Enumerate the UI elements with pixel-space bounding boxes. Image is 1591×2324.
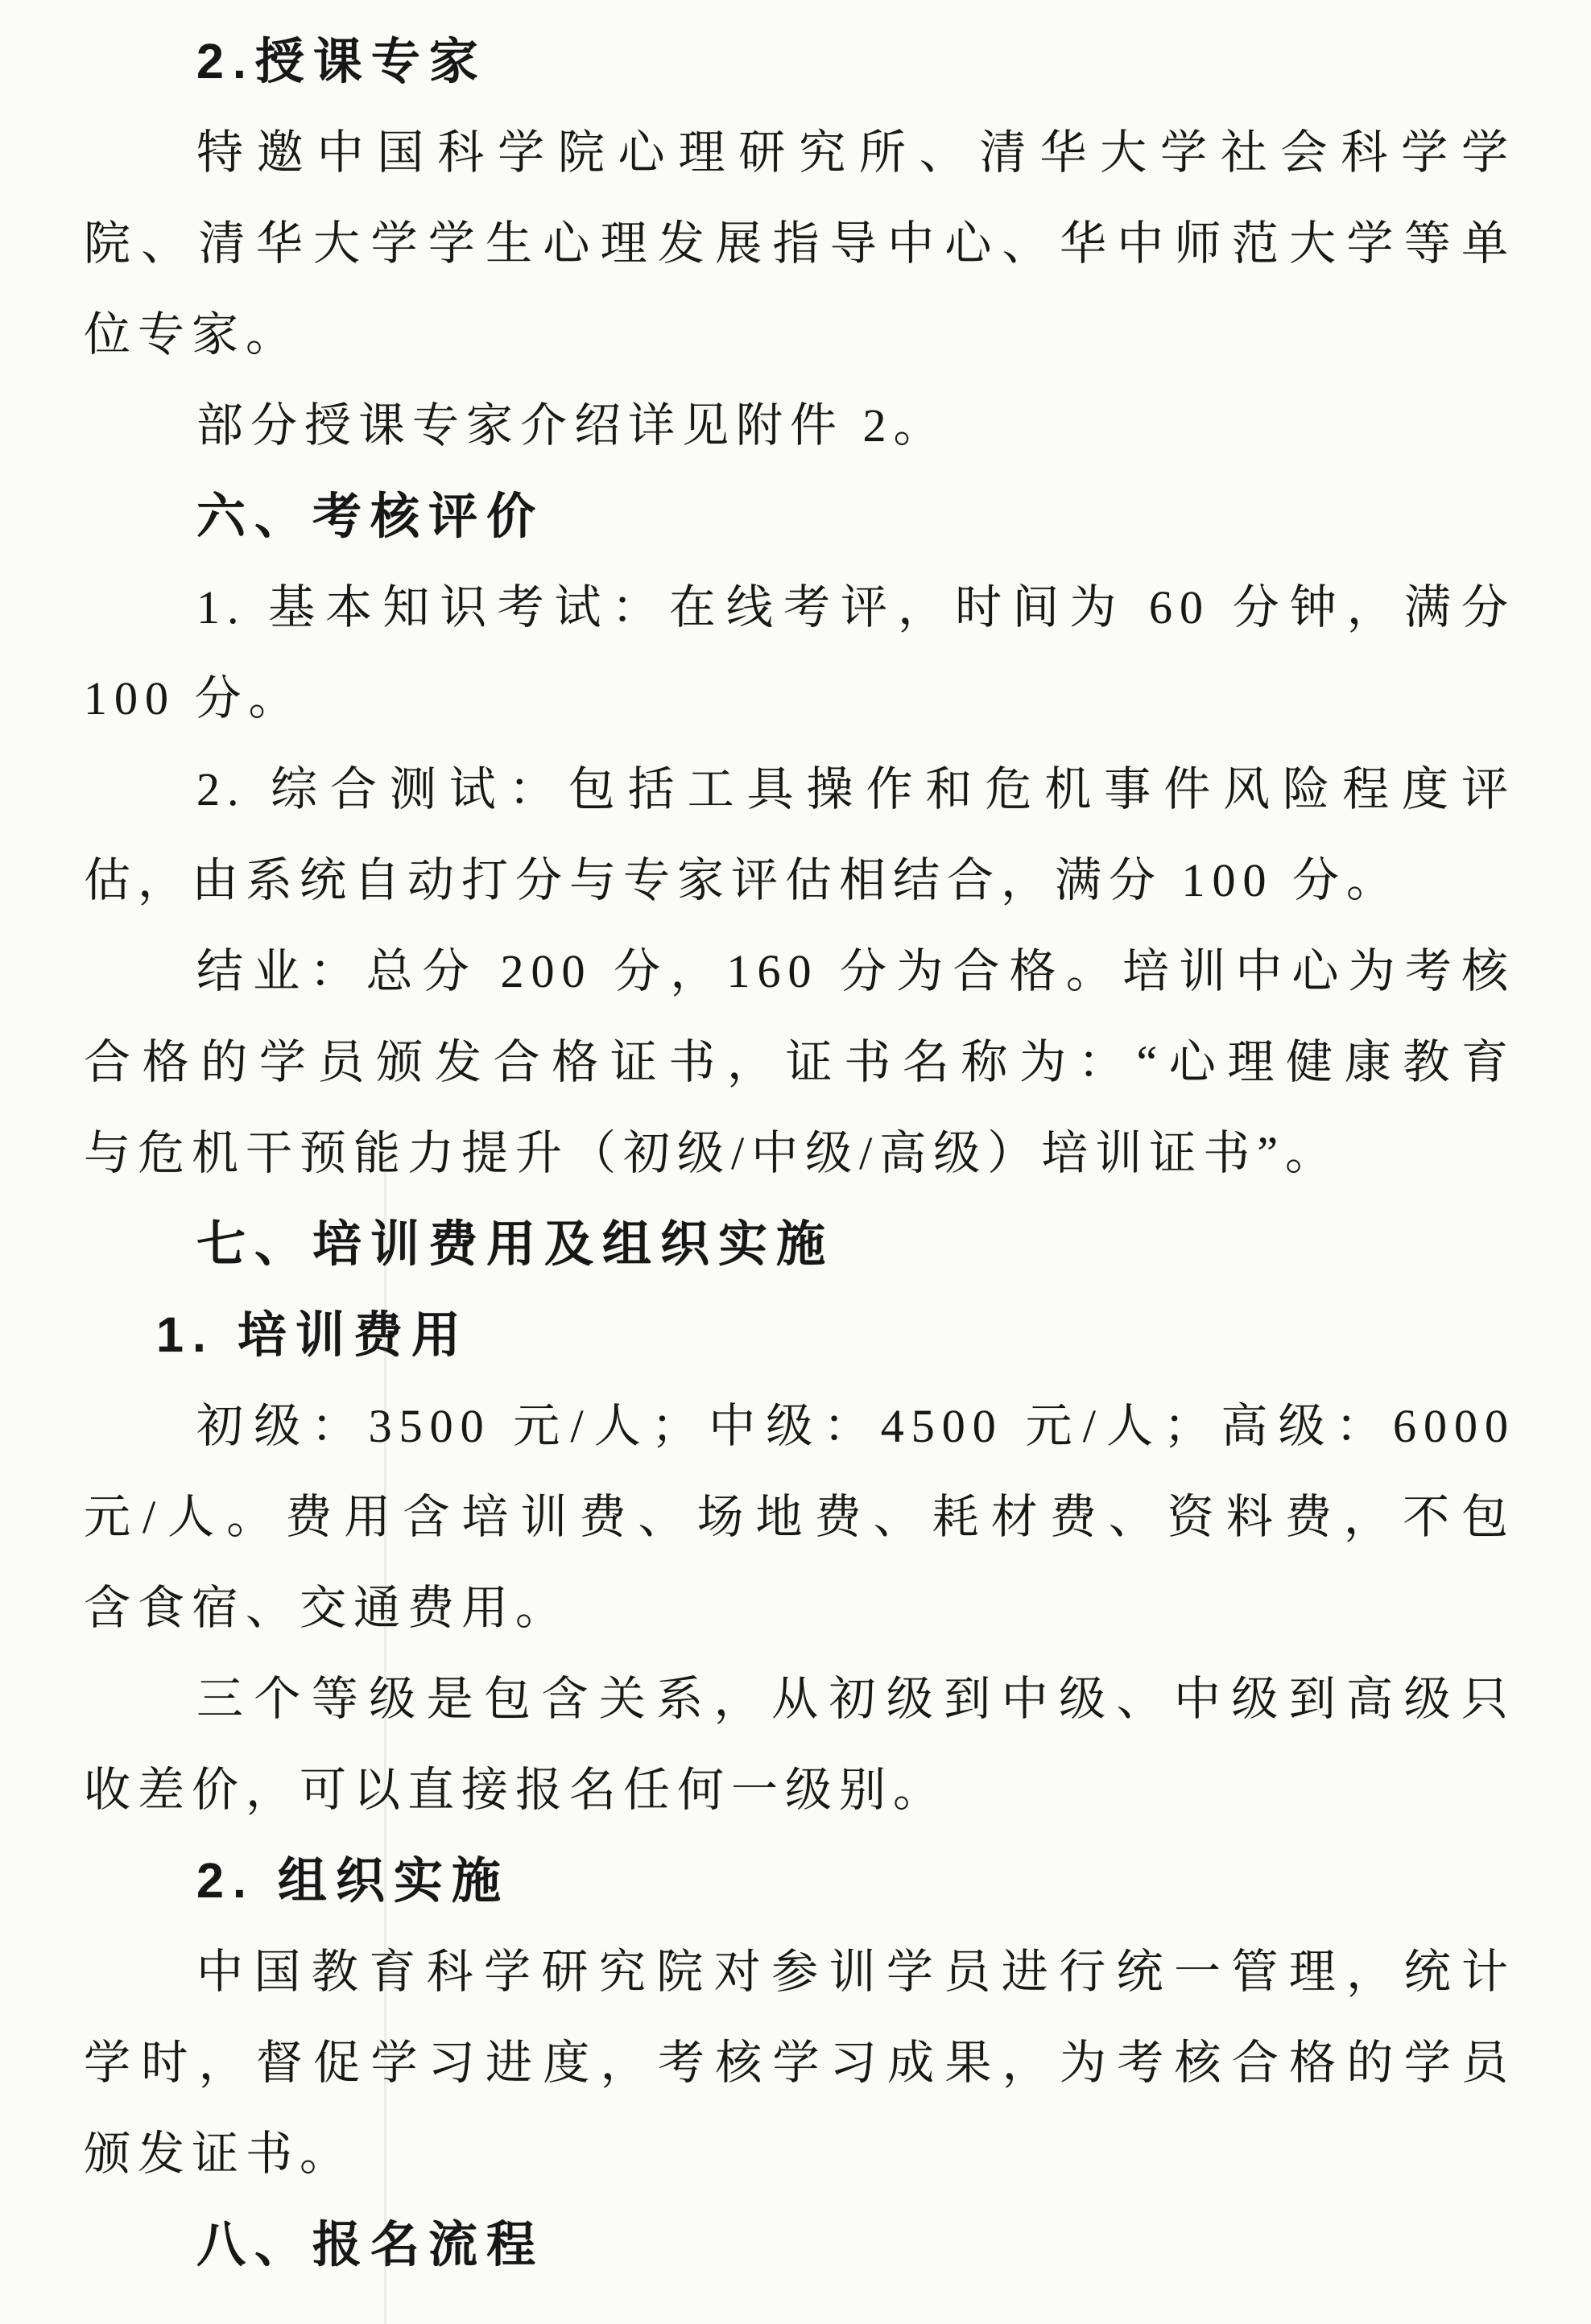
paragraph-levels-line-1: 三个等级是包含关系，从初级到中级、中级到高级只 [84, 1653, 1515, 1744]
heading-organization: 2. 组织实施 [84, 1835, 1515, 1926]
heading-teaching-experts: 2.授课专家 [84, 16, 1515, 107]
paragraph-fees-line-1: 初级：3500 元/人；中级：4500 元/人；高级：6000 [84, 1381, 1515, 1472]
heading-assessment-evaluation: 六、考核评价 [84, 471, 1515, 562]
paragraph-organization-line-3: 颁发证书。 [84, 2108, 1515, 2199]
paragraph-organization-line-1: 中国教育科学研究院对参训学员进行统一管理，统计 [84, 1926, 1515, 2017]
paragraph-levels-line-2: 收差价，可以直接报名任何一级别。 [84, 1744, 1515, 1835]
paragraph-basic-exam-line-2: 100 分。 [84, 653, 1515, 744]
paragraph-fees-line-3: 含食宿、交通费用。 [84, 1562, 1515, 1653]
paragraph-experts-line-2: 院、清华大学学生心理发展指导中心、华中师范大学等单 [84, 198, 1515, 289]
paragraph-graduation-line-2: 合格的学员颁发合格证书，证书名称为：“心理健康教育 [84, 1017, 1515, 1108]
heading-fees-and-implementation: 七、培训费用及组织实施 [84, 1199, 1515, 1290]
heading-registration-process: 八、报名流程 [84, 2199, 1515, 2290]
paragraph-basic-exam-line-1: 1. 基本知识考试：在线考评，时间为 60 分钟，满分 [84, 562, 1515, 653]
paragraph-comprehensive-test-line-1: 2. 综合测试：包括工具操作和危机事件风险程度评 [84, 744, 1515, 835]
paragraph-graduation-line-1: 结业：总分 200 分，160 分为合格。培训中心为考核 [84, 926, 1515, 1017]
document-text-block: 2.授课专家 特邀中国科学院心理研究所、清华大学社会科学学 院、清华大学学生心理… [84, 16, 1515, 2290]
paragraph-graduation-line-3: 与危机干预能力提升（初级/中级/高级）培训证书”。 [84, 1108, 1515, 1199]
paragraph-comprehensive-test-line-2: 估，由系统自动打分与专家评估相结合，满分 100 分。 [84, 835, 1515, 926]
paragraph-experts-line-3: 位专家。 [84, 289, 1515, 380]
paragraph-fees-line-2: 元/人。费用含培训费、场地费、耗材费、资料费，不包 [84, 1472, 1515, 1562]
paragraph-experts-attachment: 部分授课专家介绍详见附件 2。 [84, 380, 1515, 471]
paragraph-organization-line-2: 学时，督促学习进度，考核学习成果，为考核合格的学员 [84, 2017, 1515, 2108]
heading-training-fees: 1. 培训费用 [84, 1290, 1515, 1381]
paragraph-experts-line-1: 特邀中国科学院心理研究所、清华大学社会科学学 [84, 107, 1515, 198]
scanned-document-page: 2.授课专家 特邀中国科学院心理研究所、清华大学社会科学学 院、清华大学学生心理… [0, 0, 1591, 2324]
